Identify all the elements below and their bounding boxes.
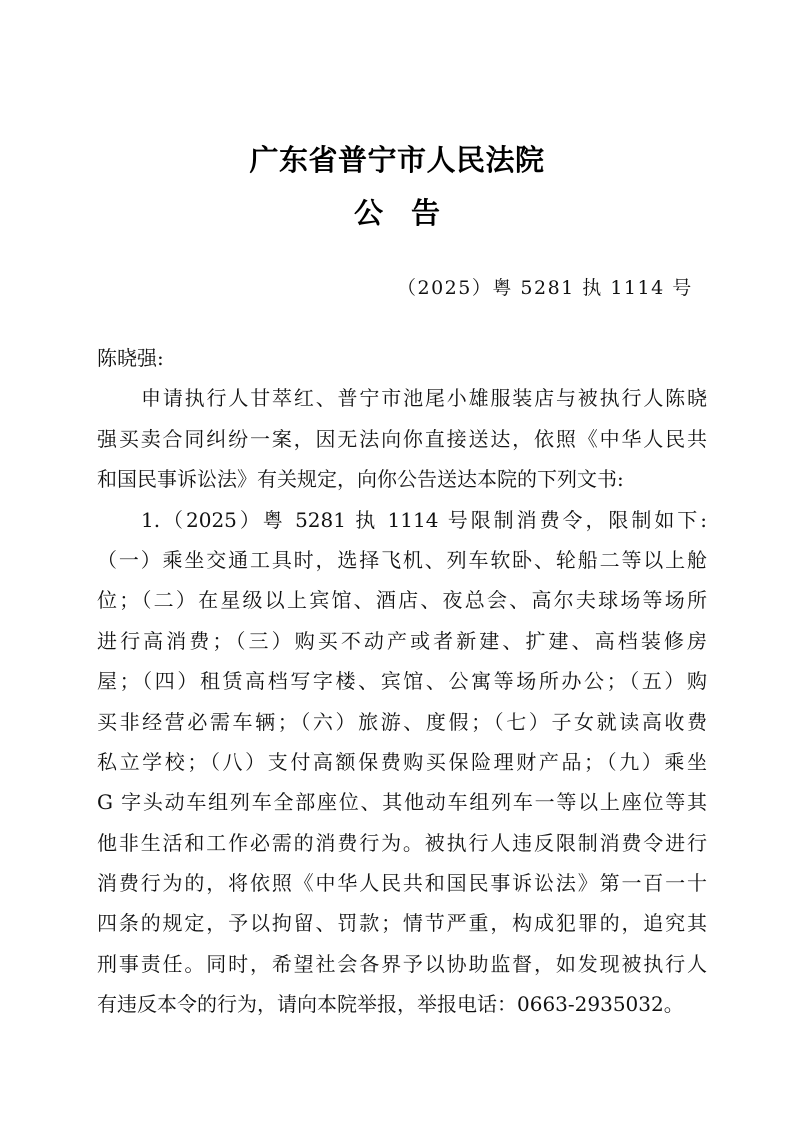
paragraph-line: 强买卖合同纠纷一案，因无法向你直接送达，依照《中华人民共 — [97, 424, 707, 464]
notice-title: 公告 — [0, 195, 794, 231]
case-number: （2025）粤 5281 执 1114 号 — [397, 275, 693, 301]
paragraph-line: 他非生活和工作必需的消费行为。被执行人违反限制消费令进行 — [97, 828, 707, 868]
paragraph-line: 消费行为的，将依照《中华人民共和国民事诉讼法》第一百一十 — [97, 868, 707, 908]
notice-body: 陈晓强: 申请执行人甘萃红、普宁市池尾小雄服装店与被执行人陈晓 强买卖合同纠纷一… — [97, 343, 707, 1030]
paragraph-line: G 字头动车组列车全部座位、其他动车组列车一等以上座位等其 — [97, 787, 707, 827]
court-name-heading: 广东省普宁市人民法院 — [0, 142, 794, 178]
paragraph-line: 申请执行人甘萃红、普宁市池尾小雄服装店与被执行人陈晓 — [97, 383, 707, 423]
paragraph-line: 刑事责任。同时，希望社会各界予以协助监督，如发现被执行人 — [97, 949, 707, 989]
addressee: 陈晓强: — [97, 343, 707, 383]
document-page: 广东省普宁市人民法院 公告 （2025）粤 5281 执 1114 号 陈晓强:… — [0, 0, 794, 1122]
paragraph-line: （一）乘坐交通工具时，选择飞机、列车软卧、轮船二等以上舱 — [97, 545, 707, 585]
paragraph-line: 四条的规定，予以拘留、罚款；情节严重，构成犯罪的，追究其 — [97, 908, 707, 948]
paragraph-line: 和国民事诉讼法》有关规定，向你公告送达本院的下列文书: — [97, 464, 707, 504]
reporting-phone-line: 有违反本令的行为，请向本院举报，举报电话：0663-2935032。 — [97, 989, 707, 1029]
item-1-heading: 1.（2025）粤 5281 执 1114 号限制消费令，限制如下: — [97, 505, 707, 545]
paragraph-line: 进行高消费；（三）购买不动产或者新建、扩建、高档装修房 — [97, 626, 707, 666]
paragraph-line: 位；（二）在星级以上宾馆、酒店、夜总会、高尔夫球场等场所 — [97, 585, 707, 625]
paragraph-line: 屋；（四）租赁高档写字楼、宾馆、公寓等场所办公；（五）购 — [97, 666, 707, 706]
paragraph-line: 私立学校；（八）支付高额保费购买保险理财产品；（九）乘坐 — [97, 747, 707, 787]
paragraph-line: 买非经营必需车辆；（六）旅游、度假；（七）子女就读高收费 — [97, 707, 707, 747]
